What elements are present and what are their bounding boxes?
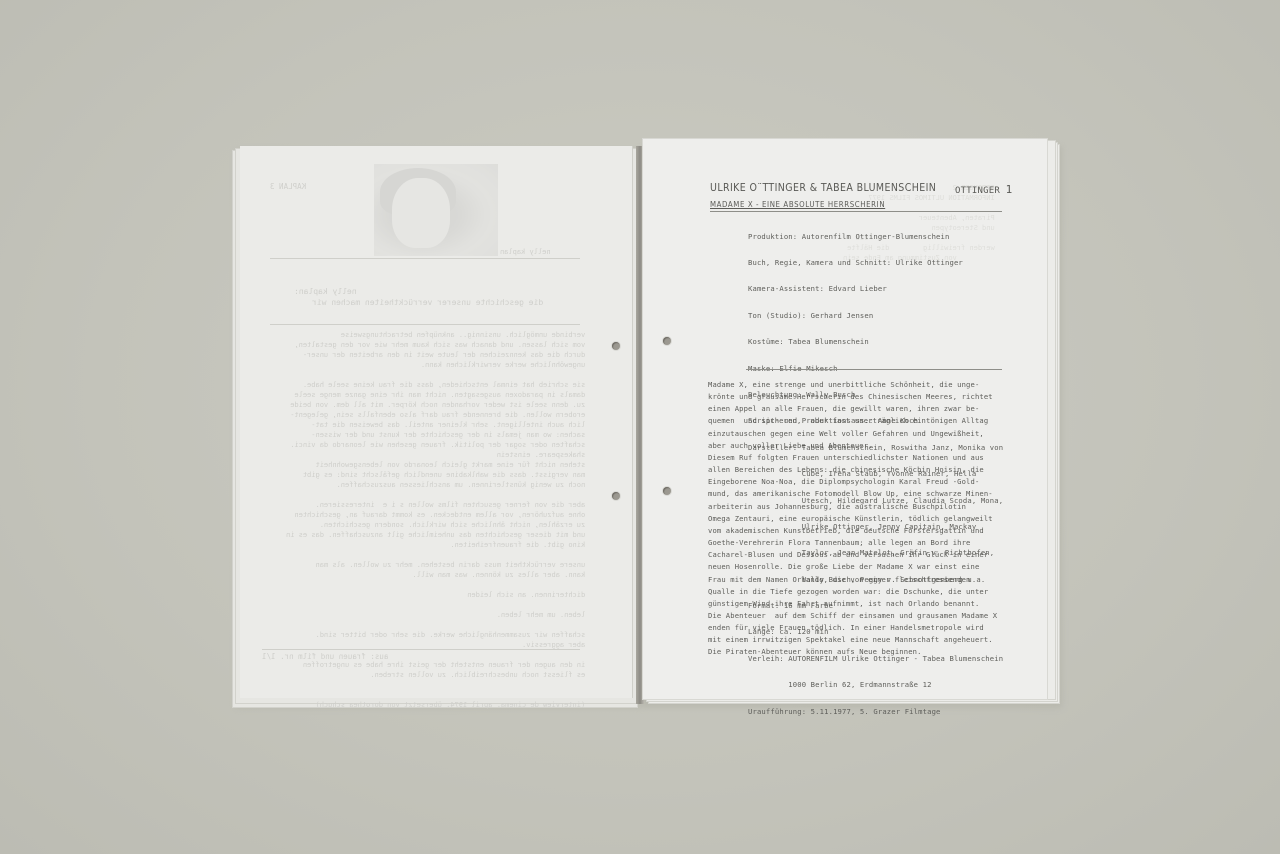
title-rule [710,211,1002,212]
credit-line: Kostüme: Tabea Blumenschein [748,338,1003,347]
divider [270,324,580,325]
bleed-photo [374,164,498,256]
credit-line: Ton (Studio): Gerhard Jensen [748,312,1003,321]
film-title: MADAME X - EINE ABSOLUTE HERRSCHERIN [710,200,885,209]
mirrored-header: KAPLAN 3 [270,182,306,192]
credit-line: Produktion: Autorenfilm Ottinger-Blumens… [748,233,1003,242]
body-line: arbeiterin aus Johannesburg, die austral… [708,501,1048,513]
body-line: Omega Zentauri, eine europäische Künstle… [708,513,1048,525]
body-line: Diesem Ruf folgten Frauen unterschiedlic… [708,452,1048,464]
body-line: quemen und sicheren, aber fast unerträgl… [708,415,1048,427]
synopsis: Madame X, eine strenge und unerbittliche… [708,379,1048,659]
mirrored-title-2: die geschichte unserer verrücktheiten ma… [312,297,543,308]
divider [270,258,580,259]
body-line: mit einem irrwitzigen Spektakel eine neu… [708,634,1048,646]
body-line: enden für viele Frauen tödlich. In einer… [708,622,1048,634]
left-page-stack: KAPLAN 3 nelly kaplan nelly kaplan: die … [232,146,640,706]
body-line: mund, das amerikanische Fotomodell Blow … [708,488,1048,500]
body-line: Madame X, eine strenge und unerbittliche… [708,379,1048,391]
body-line: aber auch voller Liebe und Abenteuer. [708,440,1048,452]
body-line: vom akademischen Kunstbetrieb, die deuts… [708,525,1048,537]
credits-rule [746,369,1002,370]
body-line: Goethe-Verehrerin Flora Tannenbaum; alle… [708,537,1048,549]
header-page-label: OTTINGER 1 [955,183,1012,196]
punch-hole [612,492,620,500]
punch-hole [663,487,671,495]
photo-face [392,178,450,248]
credit-line: 1000 Berlin 62, Erdmannstraße 12 [748,681,1003,690]
body-line: neuen Hosenrolle. Die große Liebe der Ma… [708,561,1048,573]
credit-line: Buch, Regie, Kamera und Schnitt: Ulrike … [748,259,1003,268]
body-line: Qualle in die Tiefe gezogen worden war: … [708,586,1048,598]
page-number: 1 [1006,183,1013,196]
body-line: Cacharel-Blusen und Dessous ab und versu… [708,549,1048,561]
right-page-stack: OTTINGER 2 INFORMATION ULTIMOS FILMS 197… [642,138,1060,704]
body-line: Die Piraten-Abenteuer können aufs Neue b… [708,646,1048,658]
body-line: Frau mit dem Namen Orlando, die von eine… [708,574,1048,586]
mirrored-footer: aus: frauen und film nr. 1/1 [262,652,388,662]
mirrored-photo-caption: nelly kaplan [500,247,551,257]
left-page[interactable]: KAPLAN 3 nelly kaplan nelly kaplan: die … [240,146,633,698]
header-authors: ULRIKE O¨TTINGER & TABEA BLUMENSCHEIN [710,182,936,194]
body-line: günstigem Wind ihre Fahrt aufnimmt, ist … [708,598,1048,610]
punch-hole [663,337,671,345]
credit-line: Kamera-Assistent: Edvard Lieber [748,285,1003,294]
credit-line: Uraufführung: 5.11.1977, 5. Grazer Filmt… [748,708,1003,717]
body-line: allen Bereichen des Lebens: die chinesis… [708,464,1048,476]
body-line: einen Appel an alle Frauen, die gewillt … [708,403,1048,415]
body-line: Die Abenteuer auf dem Schiff der einsame… [708,610,1048,622]
right-page[interactable]: OTTINGER 2 INFORMATION ULTIMOS FILMS 197… [642,138,1048,700]
body-line: krönte und grausame Herrscherin des Chin… [708,391,1048,403]
punch-hole [612,342,620,350]
body-line: einzutauschen gegen eine Welt voller Gef… [708,428,1048,440]
page-label: OTTINGER [955,186,1000,196]
footer-divider [262,649,580,650]
mirrored-title-1: nelly kaplan: [294,286,357,297]
body-line: Eingeborene Noa-Noa, die Diplompsycholog… [708,476,1048,488]
